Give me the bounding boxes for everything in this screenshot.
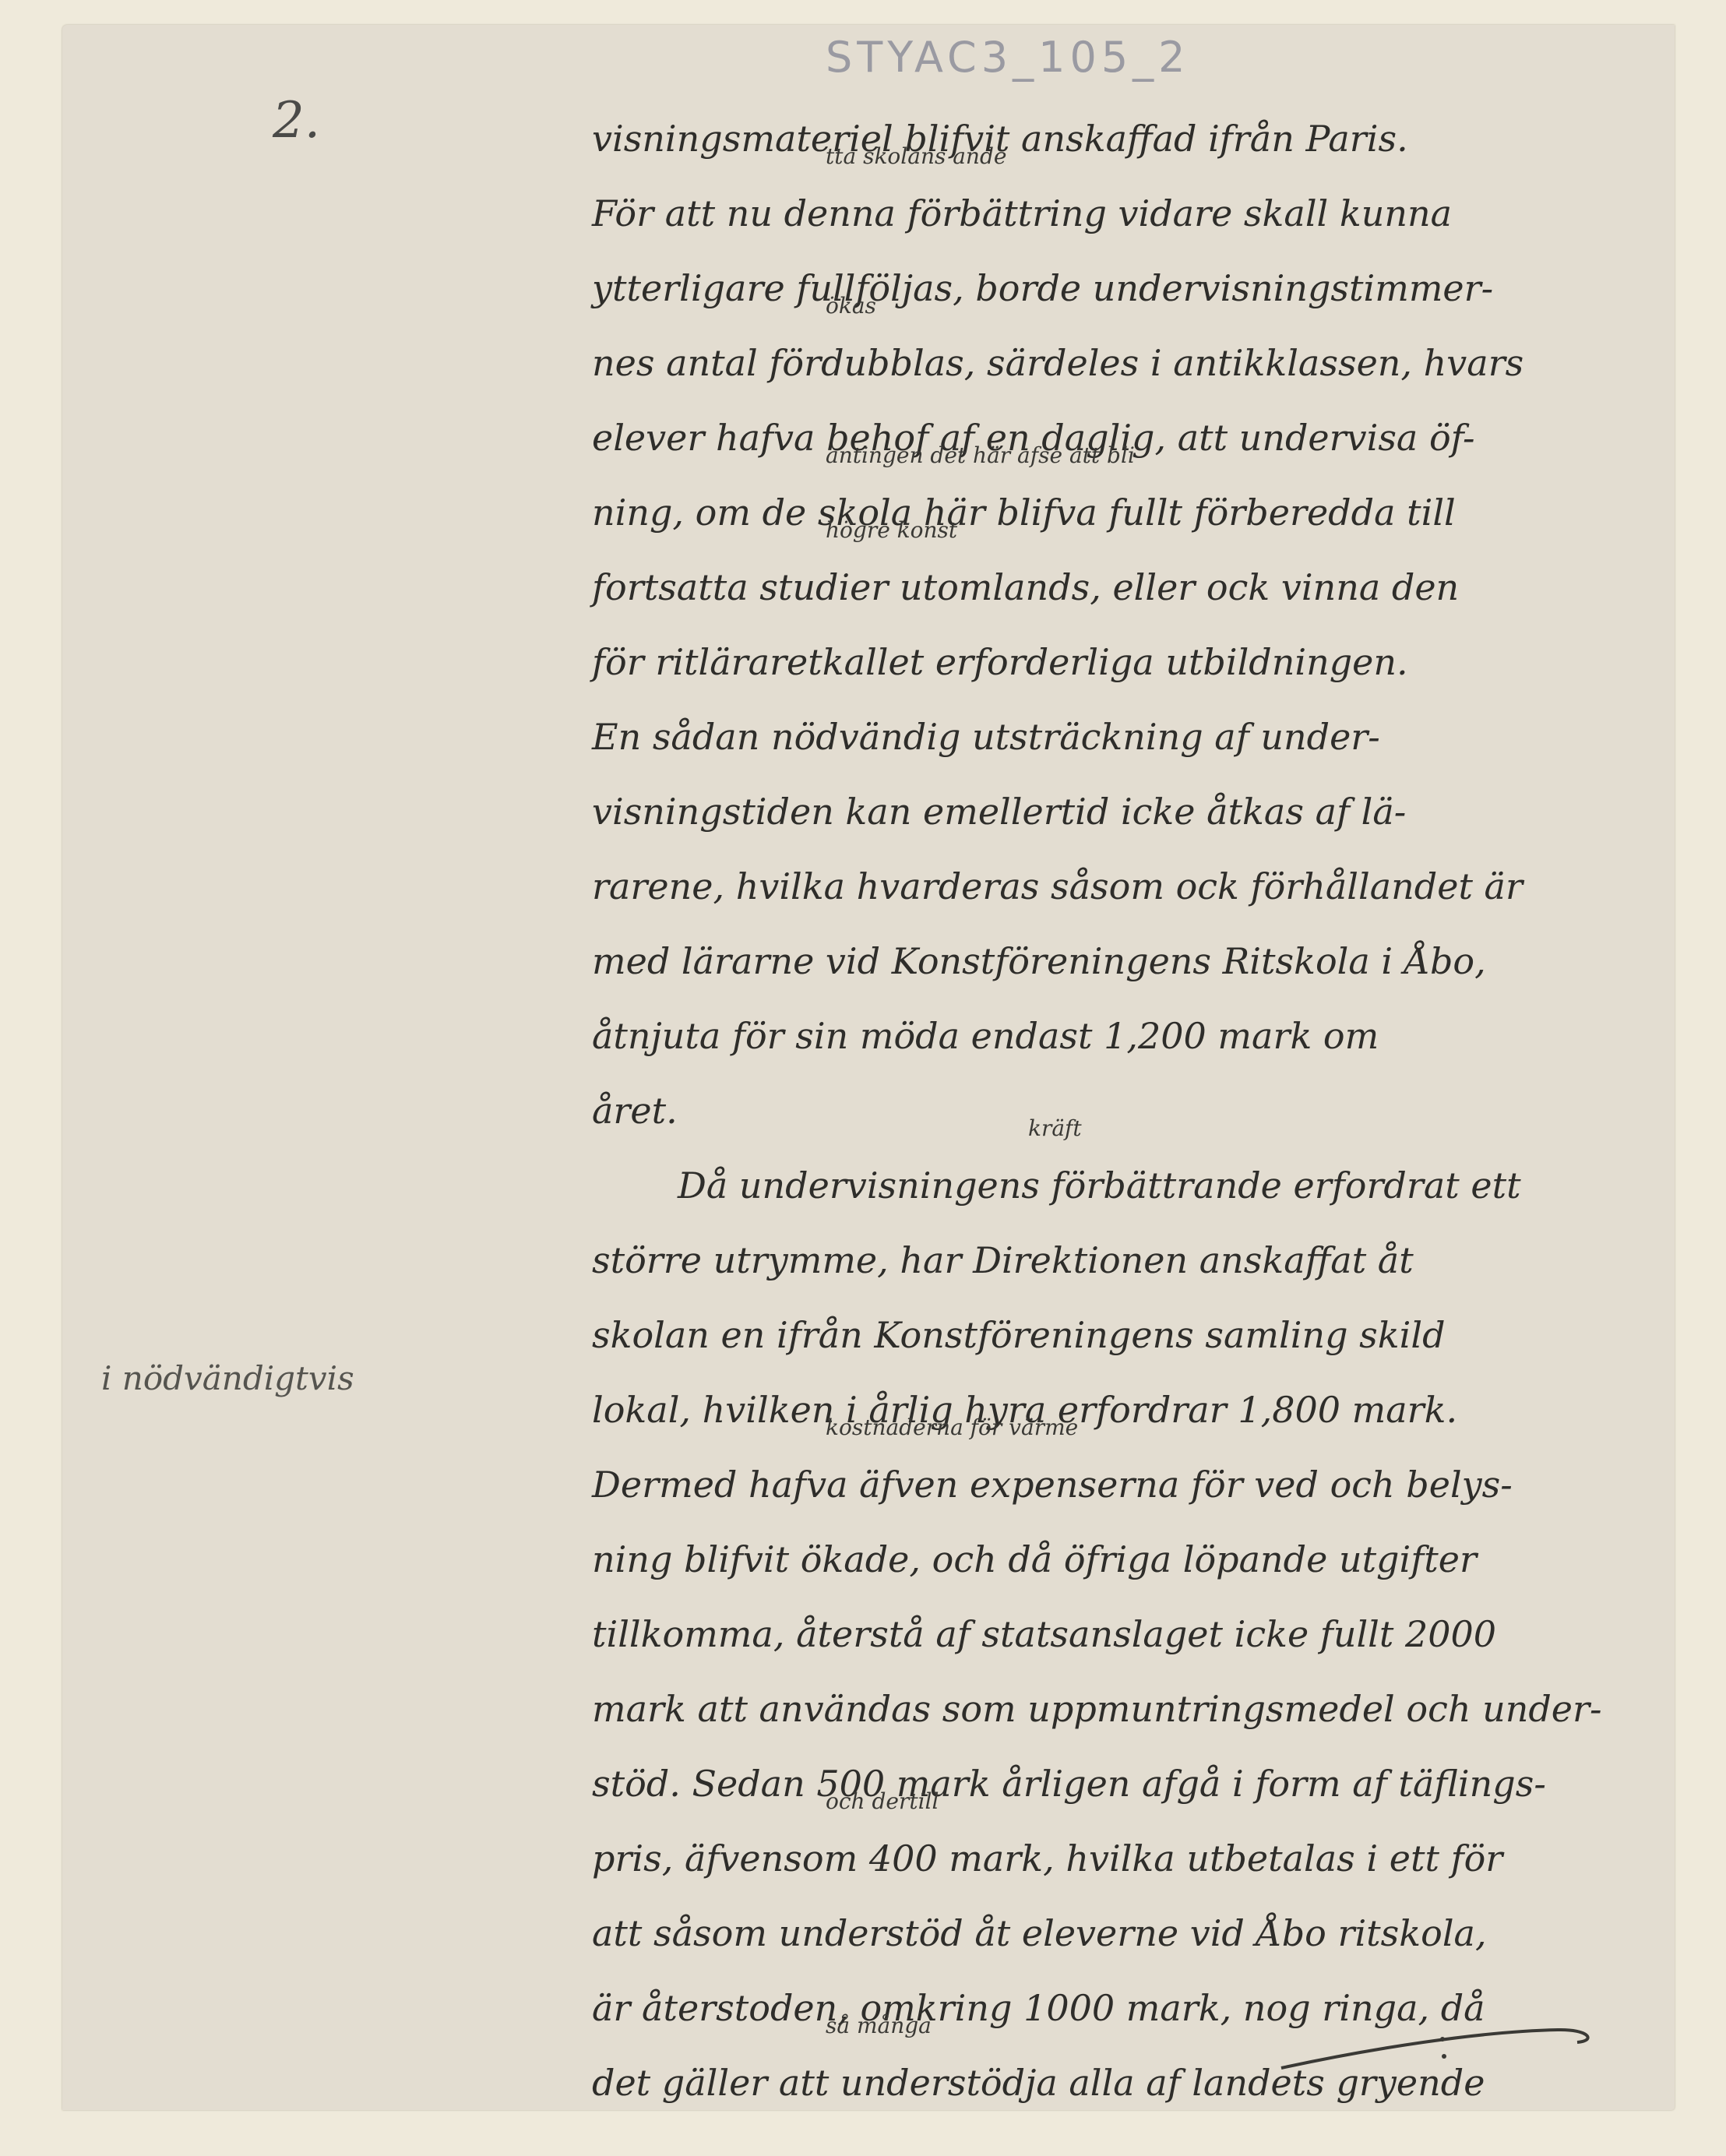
line-text: tillkomma, återstå af statsanslaget icke… bbox=[592, 1613, 1496, 1655]
line-text: ning blifvit ökade, och då öfriga löpand… bbox=[592, 1538, 1477, 1580]
line-text: ning, om de skola här blifva fullt förbe… bbox=[592, 491, 1456, 534]
manuscript-line: kostnaderna för värmeDermed hafva äfven … bbox=[592, 1447, 1682, 1522]
manuscript-line: kräftDå undervisningens förbättrande erf… bbox=[592, 1148, 1682, 1223]
manuscript-line: visningsmateriel blifvit anskaffad ifrån… bbox=[592, 101, 1682, 176]
interlinear-insertion: kräft bbox=[1028, 1117, 1082, 1140]
line-text: fortsatta studier utomlands, eller ock v… bbox=[592, 566, 1459, 608]
manuscript-line: ytterligare fullföljas, borde undervisni… bbox=[592, 251, 1682, 326]
line-text: rarene, hvilka hvarderas såsom ock förhå… bbox=[592, 865, 1523, 907]
line-text: mark att användas som uppmuntringsmedel … bbox=[592, 1688, 1602, 1730]
manuscript-line: elever hafva behof af en daglig, att und… bbox=[592, 400, 1682, 475]
manuscript-line: ning blifvit ökade, och då öfriga löpand… bbox=[592, 1522, 1682, 1597]
manuscript-line: mark att användas som uppmuntringsmedel … bbox=[592, 1672, 1682, 1746]
manuscript-line: större utrymme, har Direktionen anskaffa… bbox=[592, 1223, 1682, 1298]
line-text: är återstoden, omkring 1000 mark, nog ri… bbox=[592, 1987, 1485, 2029]
line-text: åtnjuta för sin möda endast 1,200 mark o… bbox=[592, 1015, 1379, 1057]
manuscript-line: antingen det här afse att blining, om de… bbox=[592, 475, 1682, 550]
manuscript-line: visningstiden kan emellertid icke åtkas … bbox=[592, 774, 1682, 849]
line-text: nes antal fördubblas, särdeles i antikkl… bbox=[592, 342, 1523, 384]
line-text: Dermed hafva äfven expenserna för ved oc… bbox=[592, 1464, 1513, 1506]
line-text: En sådan nödvändig utsträckning af under… bbox=[592, 716, 1380, 758]
interlinear-insertion: och dertill bbox=[826, 1790, 939, 1813]
line-text: med lärarne vid Konstföreningens Ritskol… bbox=[592, 940, 1486, 982]
line-text: året. bbox=[592, 1090, 678, 1132]
margin-note: i nödvändigtvis bbox=[101, 1359, 354, 1397]
manuscript-line: och dertillpris, äfvensom 400 mark, hvil… bbox=[592, 1821, 1682, 1896]
manuscript-line: året. bbox=[592, 1073, 1682, 1148]
line-text: skolan en ifrån Konstföreningens samling… bbox=[592, 1314, 1446, 1356]
manuscript-line: stöd. Sedan 500 mark årligen afgå i form… bbox=[592, 1746, 1682, 1821]
line-text: ytterligare fullföljas, borde undervisni… bbox=[592, 267, 1493, 309]
manuscript-line: för ritläraretkallet erforderliga utbild… bbox=[592, 625, 1682, 699]
line-text: större utrymme, har Direktionen anskaffa… bbox=[592, 1239, 1414, 1281]
line-text: visningstiden kan emellertid icke åtkas … bbox=[592, 791, 1406, 833]
line-text: pris, äfvensom 400 mark, hvilka utbetala… bbox=[592, 1837, 1502, 1879]
manuscript-line: att såsom understöd åt eleverne vid Åbo … bbox=[592, 1896, 1682, 1971]
archive-id-label: STYAC3_105_2 bbox=[826, 33, 1190, 82]
manuscript-line: skolan en ifrån Konstföreningens samling… bbox=[592, 1298, 1682, 1372]
manuscript-line: rarene, hvilka hvarderas såsom ock förhå… bbox=[592, 849, 1682, 924]
page-number: 2. bbox=[273, 92, 320, 150]
line-text: stöd. Sedan 500 mark årligen afgå i form… bbox=[592, 1763, 1546, 1805]
line-text: För att nu denna förbättring vidare skal… bbox=[592, 192, 1452, 234]
interlinear-insertion: ökas bbox=[826, 294, 876, 318]
line-text: att såsom understöd åt eleverne vid Åbo … bbox=[592, 1912, 1487, 1954]
manuscript-body: visningsmateriel blifvit anskaffad ifrån… bbox=[592, 101, 1682, 2120]
line-text: för ritläraretkallet erforderliga utbild… bbox=[592, 641, 1408, 683]
manuscript-line: ökasnes antal fördubblas, särdeles i ant… bbox=[592, 326, 1682, 400]
interlinear-insertion: kostnaderna för värme bbox=[826, 1416, 1078, 1439]
interlinear-insertion: så många bbox=[826, 2014, 932, 2038]
manuscript-line: En sådan nödvändig utsträckning af under… bbox=[592, 699, 1682, 774]
line-text: Då undervisningens förbättrande erfordra… bbox=[678, 1164, 1521, 1207]
manuscript-line: tillkomma, återstå af statsanslaget icke… bbox=[592, 1597, 1682, 1672]
manuscript-line: högre konstfortsatta studier utomlands, … bbox=[592, 550, 1682, 625]
manuscript-line: lokal, hvilken i årlig hyra erfordrar 1,… bbox=[592, 1372, 1682, 1447]
manuscript-line: åtnjuta för sin möda endast 1,200 mark o… bbox=[592, 999, 1682, 1073]
manuscript-line: tta skolans andeFör att nu denna förbätt… bbox=[592, 176, 1682, 251]
interlinear-insertion: högre konst bbox=[826, 519, 957, 542]
interlinear-insertion: tta skolans ande bbox=[826, 145, 1006, 168]
closing-flourish-icon bbox=[1277, 2025, 1604, 2072]
interlinear-insertion: antingen det här afse att bli bbox=[826, 444, 1135, 467]
manuscript-line: med lärarne vid Konstföreningens Ritskol… bbox=[592, 924, 1682, 999]
